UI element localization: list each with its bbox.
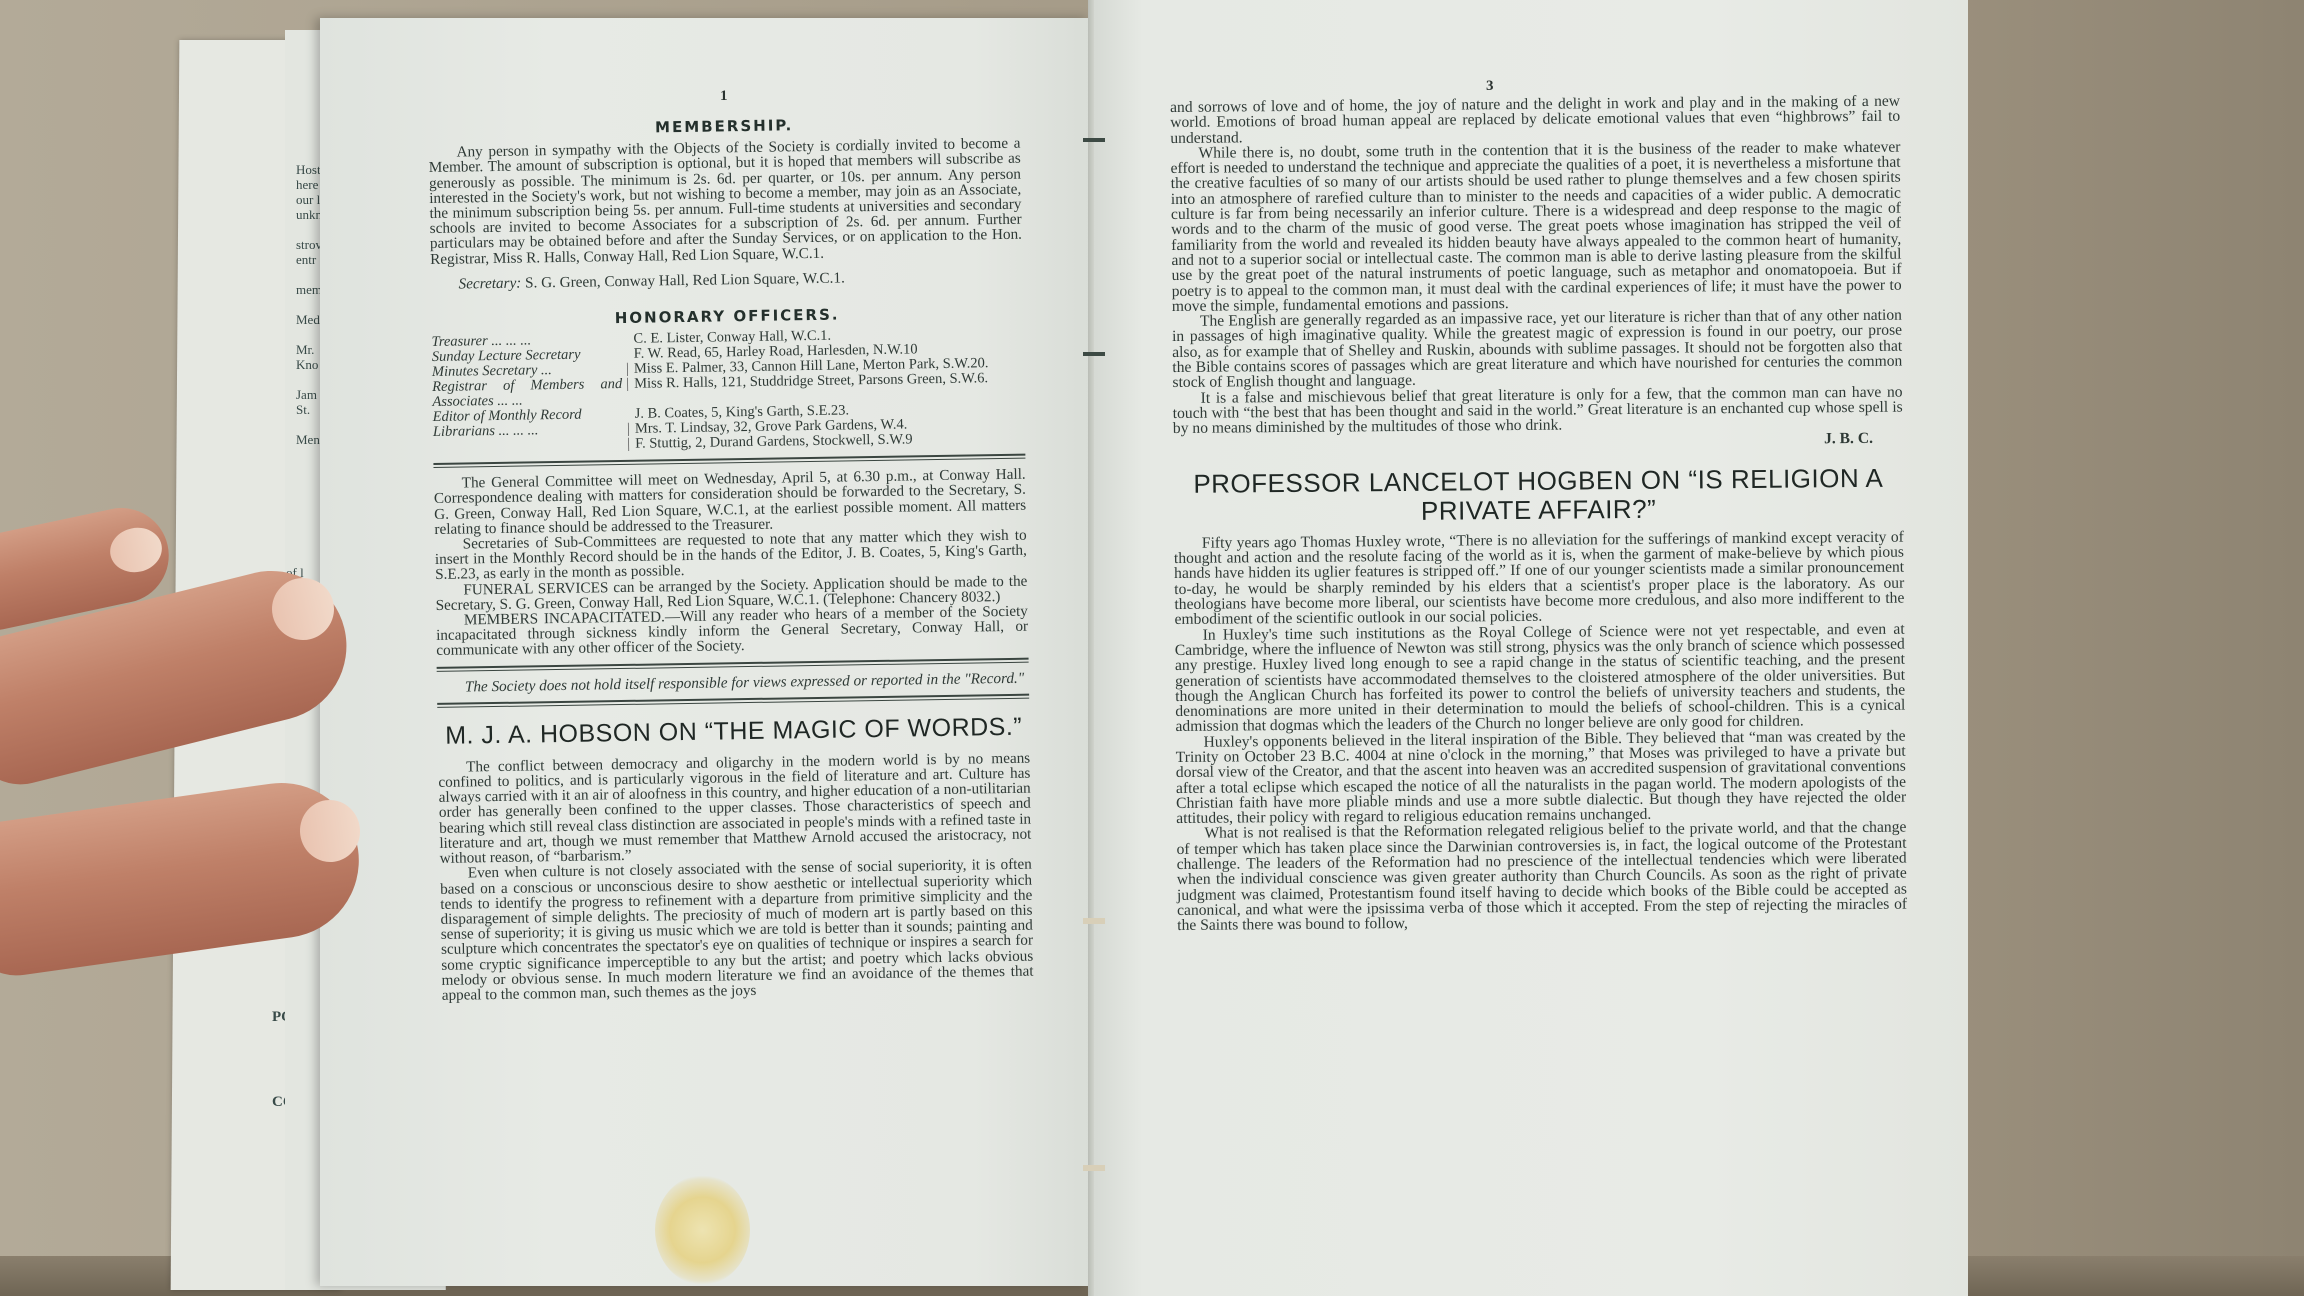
officers-table: Treasurer ... ... ...C. E. Lister, Conwa…	[431, 326, 1025, 455]
brace-divider	[627, 407, 635, 422]
article-paragraph: The conflict between democracy and oliga…	[438, 750, 1032, 866]
article-body-hogben: Fifty years ago Thomas Huxley wrote, “Th…	[1174, 529, 1907, 933]
binding-staple	[1083, 1165, 1105, 1171]
article-paragraph: It is a false and mischievous belief tha…	[1173, 384, 1903, 436]
fragment-text: St.	[296, 402, 322, 417]
membership-body: Any person in sympathy with the Objects …	[428, 136, 1022, 267]
fragment-text	[296, 222, 322, 237]
article-paragraph: Even when culture is not closely associa…	[440, 857, 1034, 1003]
page-number: 3	[1486, 78, 1494, 95]
right-column: and sorrows of love and of home, the joy…	[1170, 94, 1907, 934]
fragment-text: mem	[296, 282, 322, 297]
binding-staple	[1083, 352, 1105, 356]
library-stamp	[655, 1175, 750, 1285]
fragment-text: here	[296, 177, 322, 192]
article-paragraph: The English are generally regarded as an…	[1172, 308, 1903, 391]
article-title-hobson: M. J. A. HOBSON ON “THE MAGIC OF WORDS.”	[437, 713, 1029, 750]
brace-divider	[626, 347, 634, 362]
article-paragraph: What is not realised is that the Reforma…	[1176, 820, 1907, 933]
article-paragraph: and sorrows of love and of home, the joy…	[1170, 94, 1900, 146]
officers-heading: HONORARY OFFICERS.	[431, 305, 1023, 329]
article-paragraph: While there is, no doubt, some truth in …	[1170, 140, 1901, 315]
notice-paragraph: MEMBERS INCAPACITATED.—Will any reader w…	[436, 604, 1029, 659]
page-number: 1	[720, 88, 728, 105]
binding-staple	[1083, 138, 1105, 142]
book-spine	[1088, 0, 1094, 1296]
fragment-text	[296, 417, 322, 432]
officer-role: Registrar of Members and Associates ... …	[432, 377, 626, 410]
section-divider	[437, 657, 1029, 671]
section-divider	[433, 454, 1025, 468]
article-title-hogben: PROFESSOR LANCELOT HOGBEN ON “IS RELIGIO…	[1173, 463, 1903, 527]
fragment-text: Med	[296, 312, 322, 327]
officer-role	[433, 437, 627, 455]
fragment-text: Mr.	[296, 342, 322, 357]
article-body-hobson: The conflict between democracy and oliga…	[438, 750, 1034, 1003]
notice-paragraph: The General Committee will meet on Wedne…	[434, 467, 1027, 537]
fragment-text: our l	[296, 192, 322, 207]
brace-divider: |	[626, 362, 634, 377]
notices-block: The General Committee will meet on Wedne…	[434, 467, 1029, 659]
fragment-text: unkn	[296, 207, 322, 222]
page-right: 3 and sorrows of love and of home, the j…	[1090, 0, 1968, 1296]
secretary-value: S. G. Green, Conway Hall, Red Lion Squar…	[525, 269, 845, 291]
article-paragraph: Fifty years ago Thomas Huxley wrote, “Th…	[1174, 529, 1905, 627]
fragment-text: Jam	[296, 387, 322, 402]
fragment-text	[296, 372, 322, 387]
fragment-text	[296, 297, 322, 312]
back-page-fragment-column: Hosthereour lunkn stroventr mem Med Mr.K…	[296, 162, 322, 447]
fragment-text: entr	[296, 252, 322, 267]
secretary-label: Secretary:	[458, 274, 521, 292]
page-left: 1 MEMBERSHIP. Any person in sympathy wit…	[320, 18, 1090, 1286]
fragment-text: Host	[296, 162, 322, 177]
fragment-text: strov	[296, 237, 322, 252]
fragment-text	[296, 267, 322, 282]
brace-divider	[625, 332, 633, 347]
membership-column: MEMBERSHIP. Any person in sympathy with …	[428, 109, 1034, 1003]
article-continuation: and sorrows of love and of home, the joy…	[1170, 94, 1903, 437]
brace-divider: |	[627, 422, 635, 437]
fragment-text: Men	[296, 432, 322, 447]
article-paragraph: Huxley's opponents believed in the liter…	[1176, 728, 1907, 826]
article-paragraph: In Huxley's time such institutions as th…	[1175, 621, 1906, 734]
disclaimer-text: The Society does not hold itself respons…	[437, 670, 1029, 695]
binding-staple	[1083, 918, 1105, 924]
fragment-text	[296, 327, 322, 342]
brace-divider: |	[627, 437, 635, 452]
section-divider	[437, 694, 1029, 708]
fragment-text: Kno	[296, 357, 322, 372]
